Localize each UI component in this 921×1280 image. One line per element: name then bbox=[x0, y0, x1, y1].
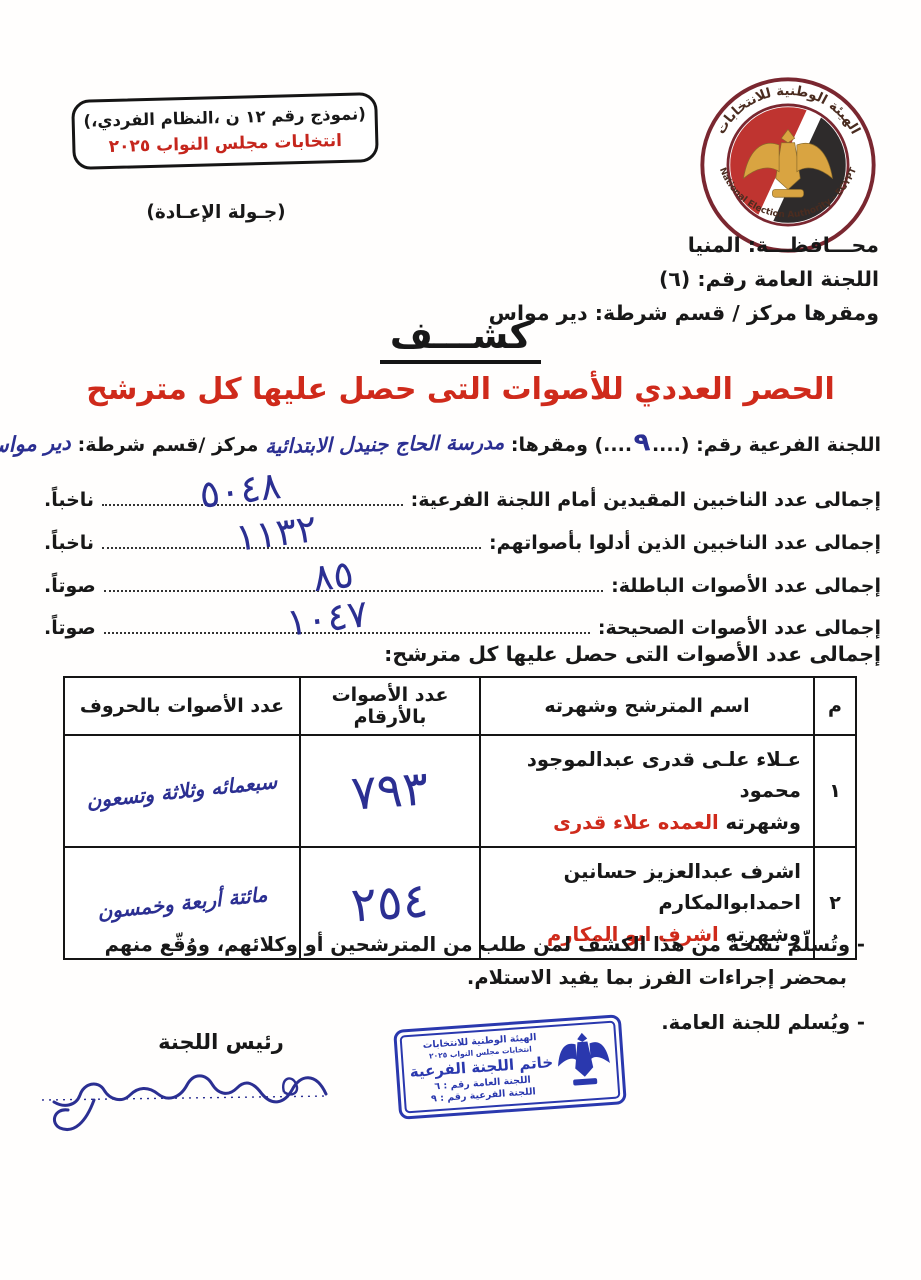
runoff-round-text: (جـولة الإعـادة) bbox=[72, 202, 360, 223]
alias-prefix: وشهرته bbox=[719, 811, 801, 834]
votes-digits-cell: ٧٩٣ bbox=[300, 735, 480, 847]
subcommittee-number-label: اللجنة الفرعية رقم: (.... bbox=[652, 434, 881, 456]
table-header-row: م اسم المترشح وشهرته عدد الأصوات بالأرقا… bbox=[64, 677, 856, 735]
chairman-signature bbox=[34, 1050, 334, 1144]
stat-unit: صوتاً. bbox=[44, 617, 96, 639]
form-number-text: (نموذج رقم ١٢ ن ،النظام الفردي،) bbox=[80, 104, 368, 131]
results-table: م اسم المترشح وشهرته عدد الأصوات بالأرقا… bbox=[63, 676, 857, 960]
header-candidate-name: اسم المترشح وشهرته bbox=[480, 677, 814, 735]
table-row: ١ عـلاء علـى قدرى عبدالموجود محمود وشهرت… bbox=[64, 735, 856, 847]
subcommittee-stamp: الهيئة الوطنية للانتخابات انتخابات مجلس … bbox=[393, 1014, 627, 1120]
stat-unit: ناخباً. bbox=[44, 489, 94, 511]
stat-label: إجمالى عدد الأصوات الصحيحة: bbox=[598, 617, 881, 639]
stamp-eagle-icon bbox=[555, 1027, 613, 1097]
election-name-text: انتخابات مجلس النواب ٢٠٢٥ bbox=[81, 130, 369, 158]
form-number-box: (نموذج رقم ١٢ ن ،النظام الفردي،) انتخابا… bbox=[71, 92, 379, 170]
stat-value-handwritten: ١١٣٢ bbox=[233, 506, 319, 560]
votes-digits-handwritten: ٧٩٣ bbox=[349, 760, 430, 821]
votes-words-handwritten: سبعمائه وثلاثة وتسعون bbox=[86, 769, 279, 813]
candidate-name: اشرف عبدالعزيز حسانين احمدابوالمكارم bbox=[493, 856, 801, 918]
document-subtitle: الحصر العددي للأصوات التى حصل عليها كل م… bbox=[0, 372, 921, 407]
subcommittee-line: اللجنة الفرعية رقم: (....٩....) ومقرها: … bbox=[36, 428, 881, 458]
stat-unit: صوتاً. bbox=[44, 575, 96, 597]
subcommittee-hq-label: ....) ومقرها: bbox=[511, 434, 632, 456]
dotted-leader: ١١٣٢ bbox=[102, 527, 481, 549]
header-serial: م bbox=[814, 677, 856, 735]
subcommittee-number-handwritten: ٩ bbox=[633, 427, 652, 458]
signature-icon bbox=[34, 1050, 334, 1140]
general-committee-line: اللجنة العامة رقم: (٦) bbox=[489, 262, 879, 296]
dotted-leader: ١٠٤٧ bbox=[104, 612, 590, 634]
school-name-handwritten: مدرسة الحاج جنيدل الابتدائية bbox=[265, 430, 505, 458]
stat-label: إجمالى عدد الناخبين الذين أدلوا بأصواتهم… bbox=[489, 532, 881, 554]
stat-registered-voters: إجمالى عدد الناخبين المقيدين أمام اللجنة… bbox=[44, 484, 881, 511]
row-serial: ١ bbox=[814, 735, 856, 847]
stat-valid-votes: إجمالى عدد الأصوات الصحيحة: ١٠٤٧ صوتاً. bbox=[44, 612, 881, 639]
votes-digits-handwritten: ٢٥٤ bbox=[349, 872, 430, 933]
stat-voters-cast: إجمالى عدد الناخبين الذين أدلوا بأصواتهم… bbox=[44, 527, 881, 554]
candidate-alias-line: وشهرته العمده علاء قدرى bbox=[493, 807, 801, 838]
votes-words-cell: سبعمائه وثلاثة وتسعون bbox=[64, 735, 300, 847]
header-votes-digits: عدد الأصوات بالأرقام bbox=[300, 677, 480, 735]
stat-value-handwritten: ٥٠٤٨ bbox=[197, 463, 283, 517]
note-copy-delivery: - وتُسلّم نسخة من هذا الكشف لمن طلب من ا… bbox=[56, 928, 865, 994]
scanned-election-form: (نموذج رقم ١٢ ن ،النظام الفردي،) انتخابا… bbox=[0, 0, 921, 1280]
dotted-leader: ٥٠٤٨ bbox=[102, 484, 403, 506]
candidate-name-cell: عـلاء علـى قدرى عبدالموجود محمود وشهرته … bbox=[480, 735, 814, 847]
stat-invalid-votes: إجمالى عدد الأصوات الباطلة: ٨٥ صوتاً. bbox=[44, 570, 881, 597]
governorate-line: محـــافظـــة: المنيا bbox=[489, 228, 879, 262]
station-handwritten: دير مواس bbox=[0, 430, 71, 457]
stat-label: إجمالى عدد الناخبين المقيدين أمام اللجنة… bbox=[411, 489, 881, 511]
station-label: مركز /قسم شرطة: bbox=[78, 434, 259, 456]
stat-label: إجمالى عدد الأصوات الباطلة: bbox=[611, 575, 881, 597]
dotted-leader: ٨٥ bbox=[104, 570, 603, 592]
candidate-name: عـلاء علـى قدرى عبدالموجود محمود bbox=[493, 744, 801, 806]
table-heading: إجمالى عدد الأصوات التى حصل عليها كل متر… bbox=[384, 642, 881, 666]
header-votes-words: عدد الأصوات بالحروف bbox=[64, 677, 300, 735]
candidate-alias: العمده علاء قدرى bbox=[553, 811, 719, 834]
stat-value-handwritten: ١٠٤٧ bbox=[284, 591, 370, 645]
document-title: كشـــف bbox=[0, 314, 921, 364]
votes-words-handwritten: مائتة أربعة وخمسون bbox=[96, 882, 268, 924]
stat-unit: ناخباً. bbox=[44, 532, 94, 554]
